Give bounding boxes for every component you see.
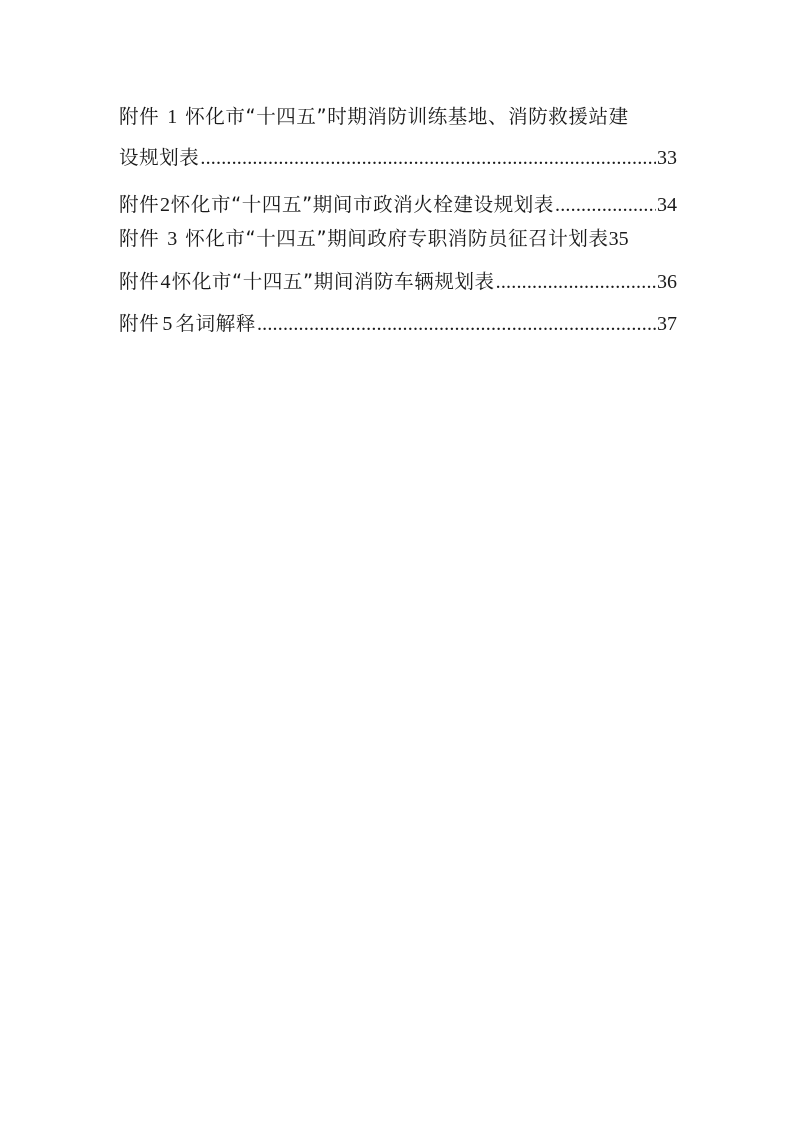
toc-entry-number: 2 [160, 192, 170, 218]
toc-entry-number: 5 [162, 311, 172, 337]
toc-page-number: 36 [657, 269, 677, 295]
toc-entry-title: 怀化市“十四五”时期消防训练基地、消防救援站建 [185, 104, 629, 130]
toc-page-number: 35 [609, 226, 629, 252]
dot-leader [496, 269, 656, 295]
toc-entry-title: 名词解释 [176, 311, 256, 337]
toc-entry-prefix: 附件 [119, 311, 159, 337]
toc-entry-1-line-1[interactable]: 附件 1 怀化市“十四五”时期消防训练基地、消防救援站建 [119, 104, 677, 130]
dot-leader [200, 145, 656, 171]
toc-entry-2[interactable]: 附件 2 怀化市“十四五”期间市政消火栓建设规划表 34 [119, 192, 677, 218]
toc-entry-4[interactable]: 附件 4 怀化市“十四五”期间消防车辆规划表 36 [119, 269, 677, 295]
toc-entry-title-continued: 设规划表 [119, 145, 199, 171]
toc-entry-title: 怀化市“十四五”期间市政消火栓建设规划表 [171, 192, 554, 218]
toc-entry-prefix: 附件 [119, 269, 159, 295]
dot-leader [555, 192, 656, 218]
toc-page-number: 37 [657, 311, 677, 337]
toc-entry-1-line-2[interactable]: 设规划表 33 [119, 145, 677, 171]
toc-entry-3[interactable]: 附件 3 怀化市“十四五”期间政府专职消防员征召计划表 35 [119, 226, 677, 252]
toc-entry-number: 1 [167, 104, 177, 130]
toc-entry-prefix: 附件 [119, 226, 159, 252]
toc-page-number: 34 [657, 192, 677, 218]
dot-leader [257, 311, 656, 337]
toc-entry-prefix: 附件 [119, 104, 159, 130]
toc-page-number: 33 [657, 145, 677, 171]
toc-entry-title: 怀化市“十四五”期间消防车辆规划表 [172, 269, 495, 295]
toc-entry-prefix: 附件 [119, 192, 159, 218]
toc-entry-5[interactable]: 附件 5 名词解释 37 [119, 311, 677, 337]
toc-entry-number: 4 [160, 269, 170, 295]
toc-entry-title: 怀化市“十四五”期间政府专职消防员征召计划表 [185, 226, 608, 252]
toc-entry-number: 3 [167, 226, 177, 252]
